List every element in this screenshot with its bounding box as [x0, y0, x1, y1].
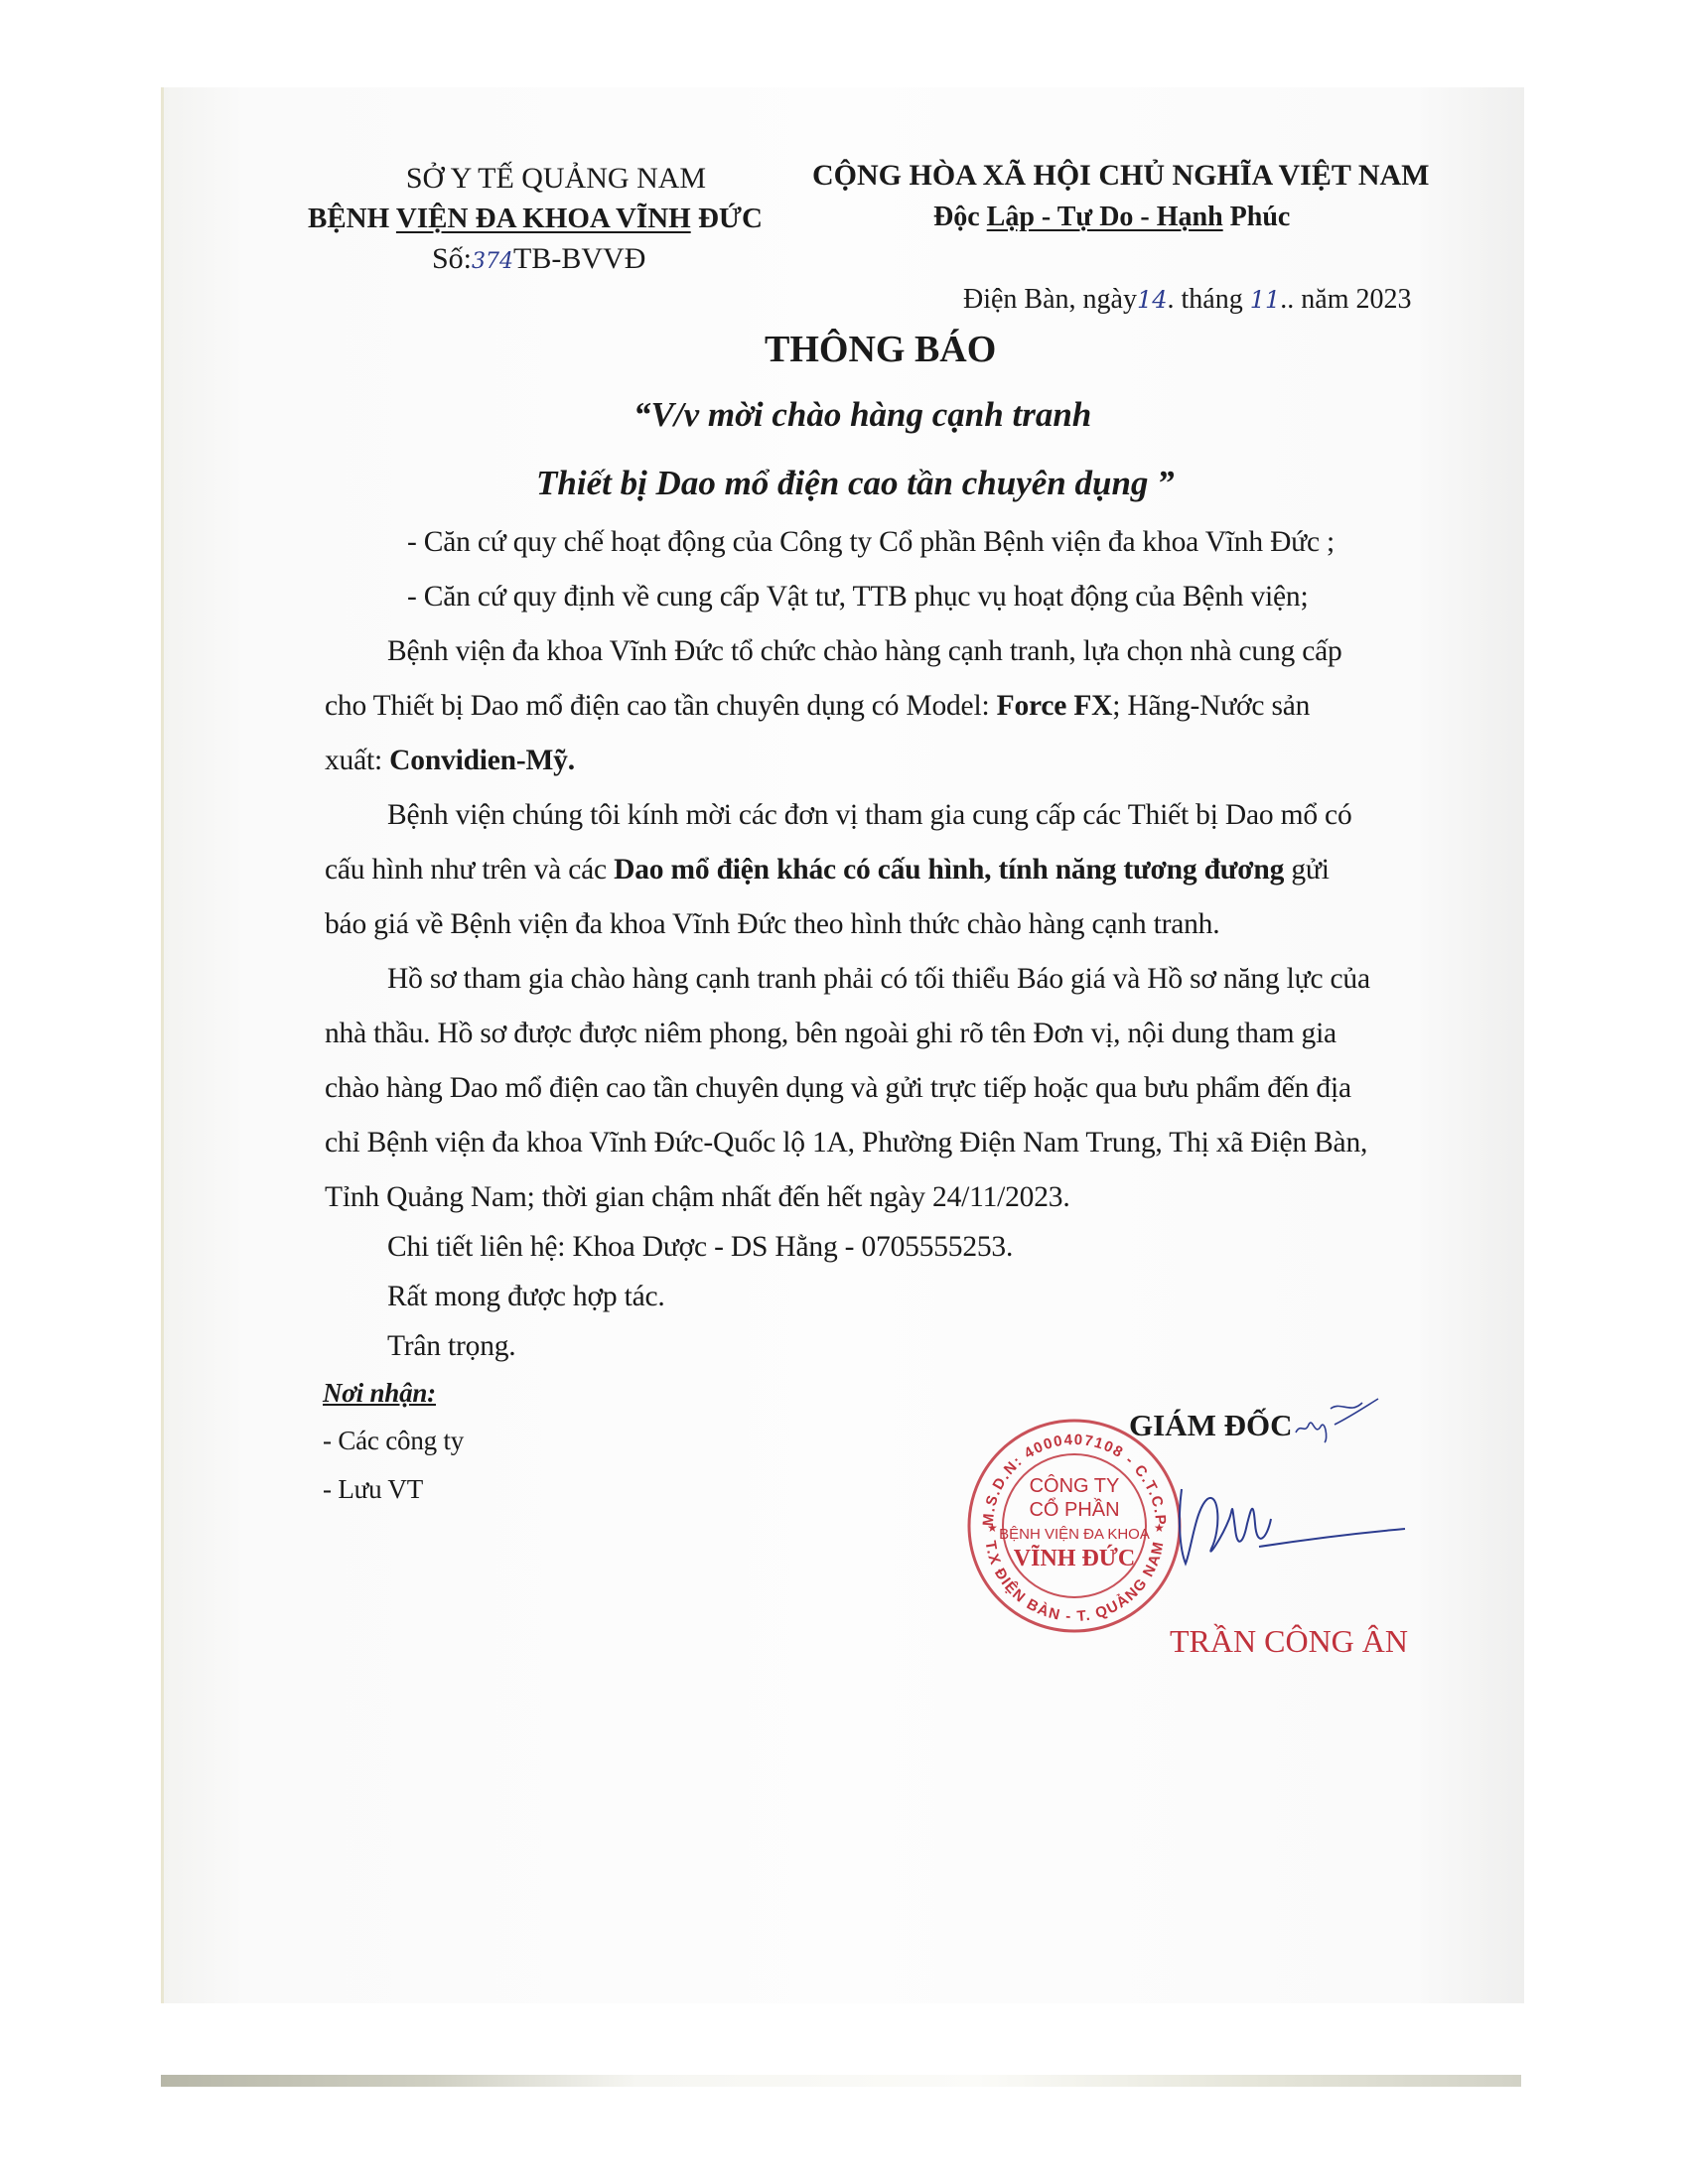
- equivalent-devices: Dao mổ điện khác có cấu hình, tính năng …: [614, 854, 1284, 886]
- model-name: Force FX: [997, 690, 1113, 722]
- hospital-name-prefix: BỆNH: [308, 203, 396, 234]
- paragraph1-line2: cho Thiết bị Dao mổ điện cao tần chuyên …: [325, 690, 1310, 723]
- paragraph2-line3: báo giá về Bệnh viện đa khoa Vĩnh Đức th…: [325, 908, 1219, 941]
- svg-text:VĨNH ĐỨC: VĨNH ĐỨC: [1014, 1546, 1135, 1571]
- motto-suffix: Phúc: [1223, 202, 1291, 232]
- department-name: SỞ Y TẾ QUẢNG NAM: [392, 162, 720, 196]
- national-motto: Độc Lập - Tự Do - Hạnh Phúc: [933, 202, 1290, 233]
- paragraph2-line2-prefix: cấu hình như trên và các: [325, 854, 614, 886]
- date-day-handwritten: 14: [1137, 286, 1168, 314]
- motto-prefix: Độc: [933, 202, 987, 232]
- paragraph3-line1: Hồ sơ tham gia chào hàng cạnh tranh phải…: [387, 963, 1370, 996]
- paragraph2-line1: Bệnh viện chúng tôi kính mời các đơn vị …: [387, 799, 1352, 832]
- svg-text:BỆNH VIỆN ĐA KHOA: BỆNH VIỆN ĐA KHOA: [999, 1526, 1150, 1543]
- closing-regards: Trân trọng.: [387, 1330, 515, 1363]
- paragraph3-line2: nhà thầu. Hồ sơ được được niêm phong, bê…: [325, 1018, 1336, 1050]
- issue-date: Điện Bàn, ngày14. tháng 11.. năm 2023: [963, 284, 1412, 316]
- paragraph2-line2: cấu hình như trên và các Dao mổ điện khá…: [325, 854, 1330, 887]
- number-suffix: TB-BVVĐ: [513, 242, 645, 275]
- paragraph1-line2-suffix: ; Hãng-Nước sản: [1112, 690, 1310, 722]
- subject-line-1: “V/v mời chào hàng cạnh tranh: [633, 395, 1091, 435]
- paragraph1-line1: Bệnh viện đa khoa Vĩnh Đức tổ chức chào …: [387, 635, 1342, 668]
- document-title: THÔNG BÁO: [765, 328, 996, 371]
- signer-name: TRẦN CÔNG ÂN: [1170, 1623, 1408, 1660]
- paragraph3-line4: chỉ Bệnh viện đa khoa Vĩnh Đức-Quốc lộ 1…: [325, 1127, 1367, 1160]
- number-handwritten: 374: [472, 249, 513, 274]
- legal-basis-1: - Căn cứ quy chế hoạt động của Công ty C…: [407, 526, 1335, 559]
- paragraph3-line5: Tỉnh Quảng Nam; thời gian chậm nhất đến …: [325, 1181, 1070, 1214]
- manufacturer-name: Convidien-Mỹ.: [389, 745, 575, 776]
- paragraph3-line3: chào hàng Dao mổ điện cao tần chuyên dụn…: [325, 1072, 1351, 1105]
- legal-basis-2: - Căn cứ quy định về cung cấp Vật tư, TT…: [407, 581, 1308, 614]
- contact-info: Chi tiết liên hệ: Khoa Dược - DS Hằng - …: [387, 1231, 1013, 1264]
- page-edge-shadow: [161, 2075, 1521, 2087]
- svg-text:CÔNG TY: CÔNG TY: [1030, 1474, 1120, 1497]
- number-label: Số:: [432, 242, 472, 275]
- subject-line-2: Thiết bị Dao mổ điện cao tần chuyên dụng…: [536, 464, 1175, 503]
- recipients-label: Nơi nhận:: [323, 1378, 436, 1409]
- date-place: Điện Bàn, ngày: [963, 284, 1137, 315]
- hospital-name-underlined: VIỆN ĐA KHOA VĨNH: [396, 203, 691, 234]
- document-number: Số:374TB-BVVĐ: [432, 242, 645, 276]
- recipient-companies: - Các công ty: [323, 1426, 464, 1456]
- country-name: CỘNG HÒA XÃ HỘI CHỦ NGHĨA VIỆT NAM: [812, 159, 1429, 193]
- motto-underlined: Lập - Tự Do - Hạnh: [987, 202, 1223, 232]
- date-month-label: . tháng: [1168, 284, 1250, 315]
- initials-scribble: [1291, 1395, 1380, 1444]
- paragraph2-line2-suffix: gửi: [1284, 854, 1330, 886]
- hospital-name: BỆNH VIỆN ĐA KHOA VĨNH ĐỨC: [308, 203, 763, 235]
- signature-scribble: [1172, 1469, 1410, 1578]
- company-seal: M.S.D.N: 4000407108 - C.T.C.P T.X ĐIỆN B…: [963, 1415, 1187, 1638]
- svg-text:★: ★: [987, 1521, 998, 1535]
- svg-text:CỔ PHẦN: CỔ PHẦN: [1029, 1497, 1119, 1521]
- date-year: .. năm 2023: [1280, 284, 1411, 315]
- hospital-name-suffix: ĐỨC: [691, 203, 763, 234]
- paragraph1-line3-prefix: xuất:: [325, 745, 389, 776]
- closing-cooperation: Rất mong được hợp tác.: [387, 1281, 665, 1313]
- svg-text:★: ★: [1154, 1521, 1165, 1535]
- recipient-archive: - Lưu VT: [323, 1474, 423, 1505]
- date-month-handwritten: 11: [1250, 286, 1281, 314]
- paragraph1-line3: xuất: Convidien-Mỹ.: [325, 745, 575, 777]
- paragraph1-line2-prefix: cho Thiết bị Dao mổ điện cao tần chuyên …: [325, 690, 997, 722]
